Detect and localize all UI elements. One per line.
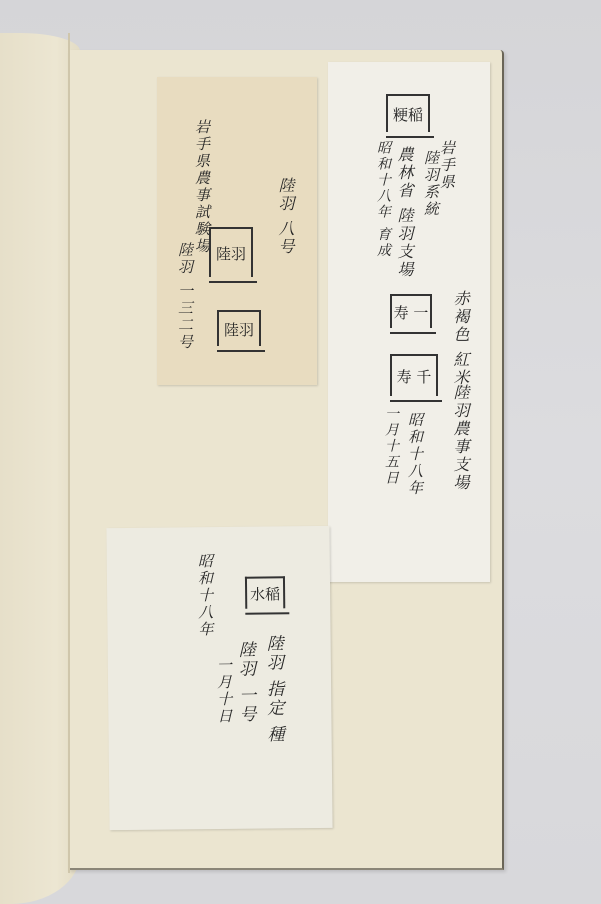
card-b-text-col: 昭和十八年	[407, 412, 422, 497]
card-c-text-col: 陸羽 一号	[236, 641, 254, 725]
card-a-seal-lower: 陸羽	[217, 310, 261, 346]
card-a-text-col: 岩手県農事試験場	[194, 119, 209, 255]
card-b-text-col: 陸羽農事支場	[452, 384, 468, 492]
card-b-seal-mid: 寿 一	[390, 294, 432, 328]
card-a-text-col: 陸羽 一三二号	[177, 242, 192, 351]
card-b-text-col: 岩手県	[439, 140, 454, 191]
card-c-text-col: 一月十日	[216, 657, 232, 725]
card-a-seal-upper: 陸羽	[209, 227, 253, 277]
album-gutter	[68, 33, 70, 873]
card-b-text-col: 一月十五日	[384, 406, 398, 486]
label-card-tan: 岩手県農事試験場 陸羽 八号 陸羽 一三二号 陸羽 陸羽	[157, 77, 317, 385]
card-b-text-col: 農林省 陸羽支場	[396, 146, 412, 279]
card-b-seal-top: 粳稲	[386, 94, 430, 132]
card-b-text-col: 赤褐色 紅米	[452, 290, 468, 387]
card-b-text-col: 陸羽系統	[423, 150, 438, 218]
card-c-seal: 水稲	[245, 576, 285, 608]
card-b-text-col: 昭和十八年 育成	[376, 140, 390, 258]
card-b-seal-low: 寿 千	[390, 354, 438, 396]
card-c-text-col: 陸羽 指定 種	[264, 634, 282, 744]
label-card-bottom: 水稲 陸羽 指定 種 陸羽 一号 昭和十八年 一月十日	[106, 526, 332, 830]
card-a-text-col: 陸羽 八号	[277, 177, 293, 256]
card-c-text-col: 昭和十八年	[197, 553, 213, 638]
label-card-white-tall: 粳稲 岩手県 陸羽系統 農林省 陸羽支場 昭和十八年 育成 寿 一 寿 千 赤褐…	[328, 62, 490, 582]
